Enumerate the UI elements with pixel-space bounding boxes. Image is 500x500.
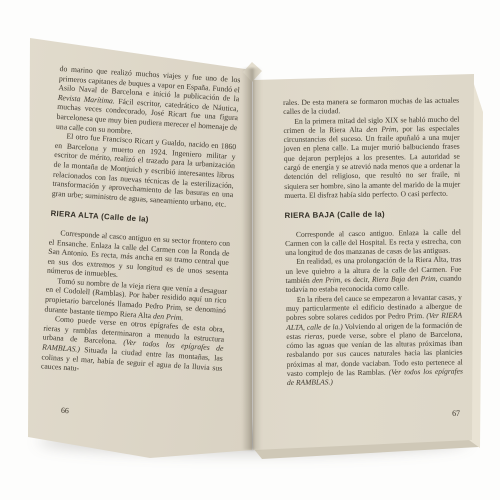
left-page-number: 66 [61,406,69,415]
section-heading: RIERA ALTA (Calle de la) [50,209,231,230]
paragraph: En la primera mitad del siglo XIX se hab… [283,114,460,200]
paragraph: do marino que realizó muchos viajes y fu… [56,64,241,142]
right-page-text: rales. De esta manera se formaron muchas… [283,96,463,388]
section-heading: RIERA BAJA (Calle de la) [285,209,461,221]
paragraph: rales. De esta manera se formaron muchas… [283,96,459,117]
left-page-text: do marino que realizó muchos viajes y fu… [41,64,241,383]
paragraph: Corresponde al casco antiguo. Enlaza la … [285,227,461,257]
right-page-number: 67 [436,409,460,418]
paragraph: El otro fue Francisco Ricart y Gualdo, n… [52,131,237,209]
paragraph: En la ribera del cauce se empezaron a le… [286,292,463,387]
paragraph: Como puede verse en otros epígrafes de e… [41,314,225,383]
paragraph: En realidad, es una prolongación de la R… [285,255,462,295]
book-photo: do marino que realizó muchos viajes y fu… [0,0,500,500]
